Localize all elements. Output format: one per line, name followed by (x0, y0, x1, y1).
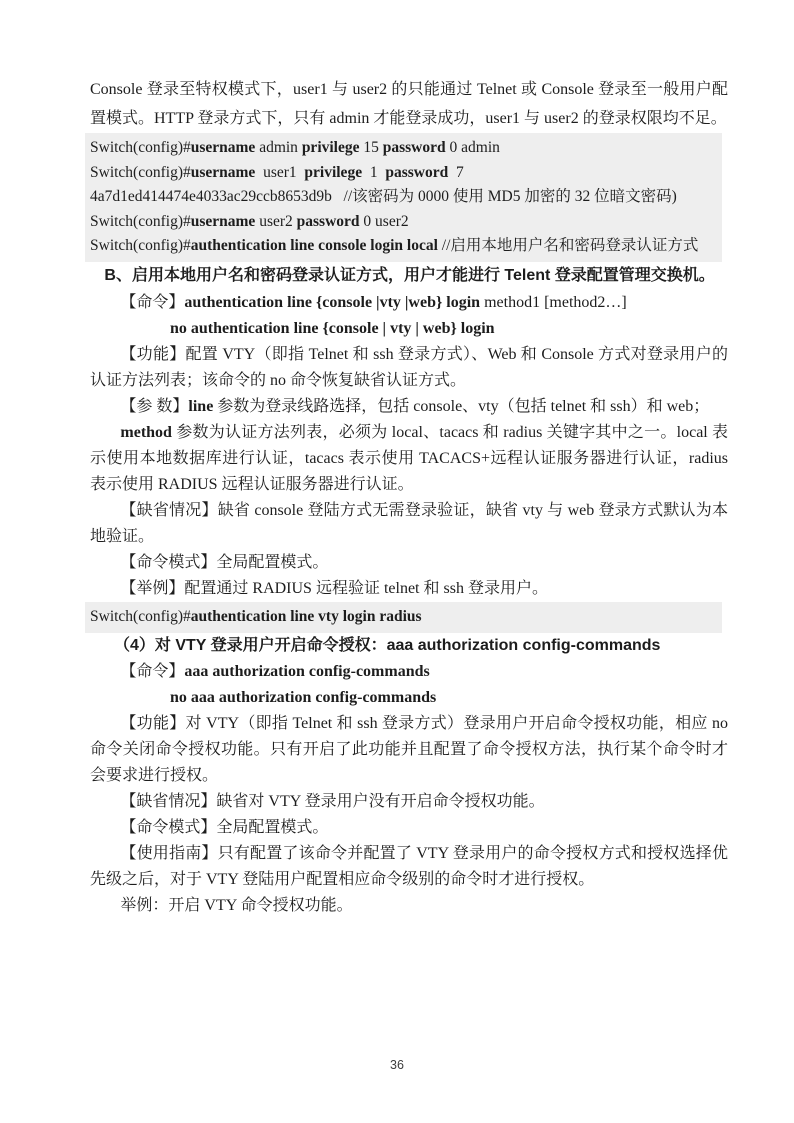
default-case-2-paragraph: 【缺省情况】缺省对 VTY 登录用户没有开启命令授权功能。 (90, 789, 728, 815)
code-line: Switch(config)#username admin privilege … (90, 136, 716, 161)
example-paragraph: 【举例】配置通过 RADIUS 远程验证 telnet 和 ssh 登录用户。 (90, 576, 728, 602)
parameter-paragraph: 【参 数】line 参数为登录线路选择，包括 console、vty（包括 te… (90, 394, 728, 420)
code-line: 4a7d1ed414474e4033ac29ccb8653d9b //该密码为 … (90, 185, 716, 210)
intro-paragraph: Console 登录至特权模式下，user1 与 user2 的只能通过 Tel… (90, 76, 728, 133)
code-block-auth-radius: Switch(config)#authentication line vty l… (85, 602, 722, 633)
page-number: 36 (0, 1058, 794, 1072)
page-content: Console 登录至特权模式下，user1 与 user2 的只能通过 Tel… (90, 76, 728, 919)
example-2-paragraph: 举例：开启 VTY 命令授权功能。 (90, 893, 728, 919)
code-line: Switch(config)#username user2 password 0… (90, 210, 716, 235)
function-2-paragraph: 【功能】对 VTY（即指 Telnet 和 ssh 登录方式）登录用户开启命令授… (90, 711, 728, 789)
document-page: Console 登录至特权模式下，user1 与 user2 的只能通过 Tel… (0, 0, 794, 1123)
command-syntax-paragraph: 【命令】authentication line {console |vty |w… (90, 290, 728, 316)
command-mode-paragraph: 【命令模式】全局配置模式。 (90, 550, 728, 576)
code-line: Switch(config)#username user1 privilege … (90, 161, 716, 186)
code-block-user-config: Switch(config)#username admin privilege … (85, 133, 722, 262)
section-heading-4: （4）对 VTY 登录用户开启命令授权：aaa authorization co… (90, 633, 728, 659)
default-case-paragraph: 【缺省情况】缺省 console 登陆方式无需登录验证，缺省 vty 与 web… (90, 498, 728, 550)
command-syntax-2-paragraph: 【命令】aaa authorization config-commands (90, 659, 728, 685)
method-paragraph: method 参数为认证方法列表，必须为 local、tacacs 和 radi… (90, 420, 728, 498)
command-mode-2-paragraph: 【命令模式】全局配置模式。 (90, 815, 728, 841)
command-syntax-no-paragraph: no authentication line {console | vty | … (170, 316, 728, 342)
code-line: Switch(config)#authentication line conso… (90, 234, 716, 259)
command-syntax-2-no-paragraph: no aaa authorization config-commands (170, 685, 728, 711)
function-paragraph: 【功能】配置 VTY（即指 Telnet 和 ssh 登录方式）、Web 和 C… (90, 342, 728, 394)
section-heading-b: B、启用本地用户名和密码登录认证方式，用户才能进行 Telent 登录配置管理交… (90, 262, 728, 291)
usage-guide-paragraph: 【使用指南】只有配置了该命令并配置了 VTY 登录用户的命令授权方式和授权选择优… (90, 841, 728, 893)
code-line: Switch(config)#authentication line vty l… (90, 605, 716, 630)
